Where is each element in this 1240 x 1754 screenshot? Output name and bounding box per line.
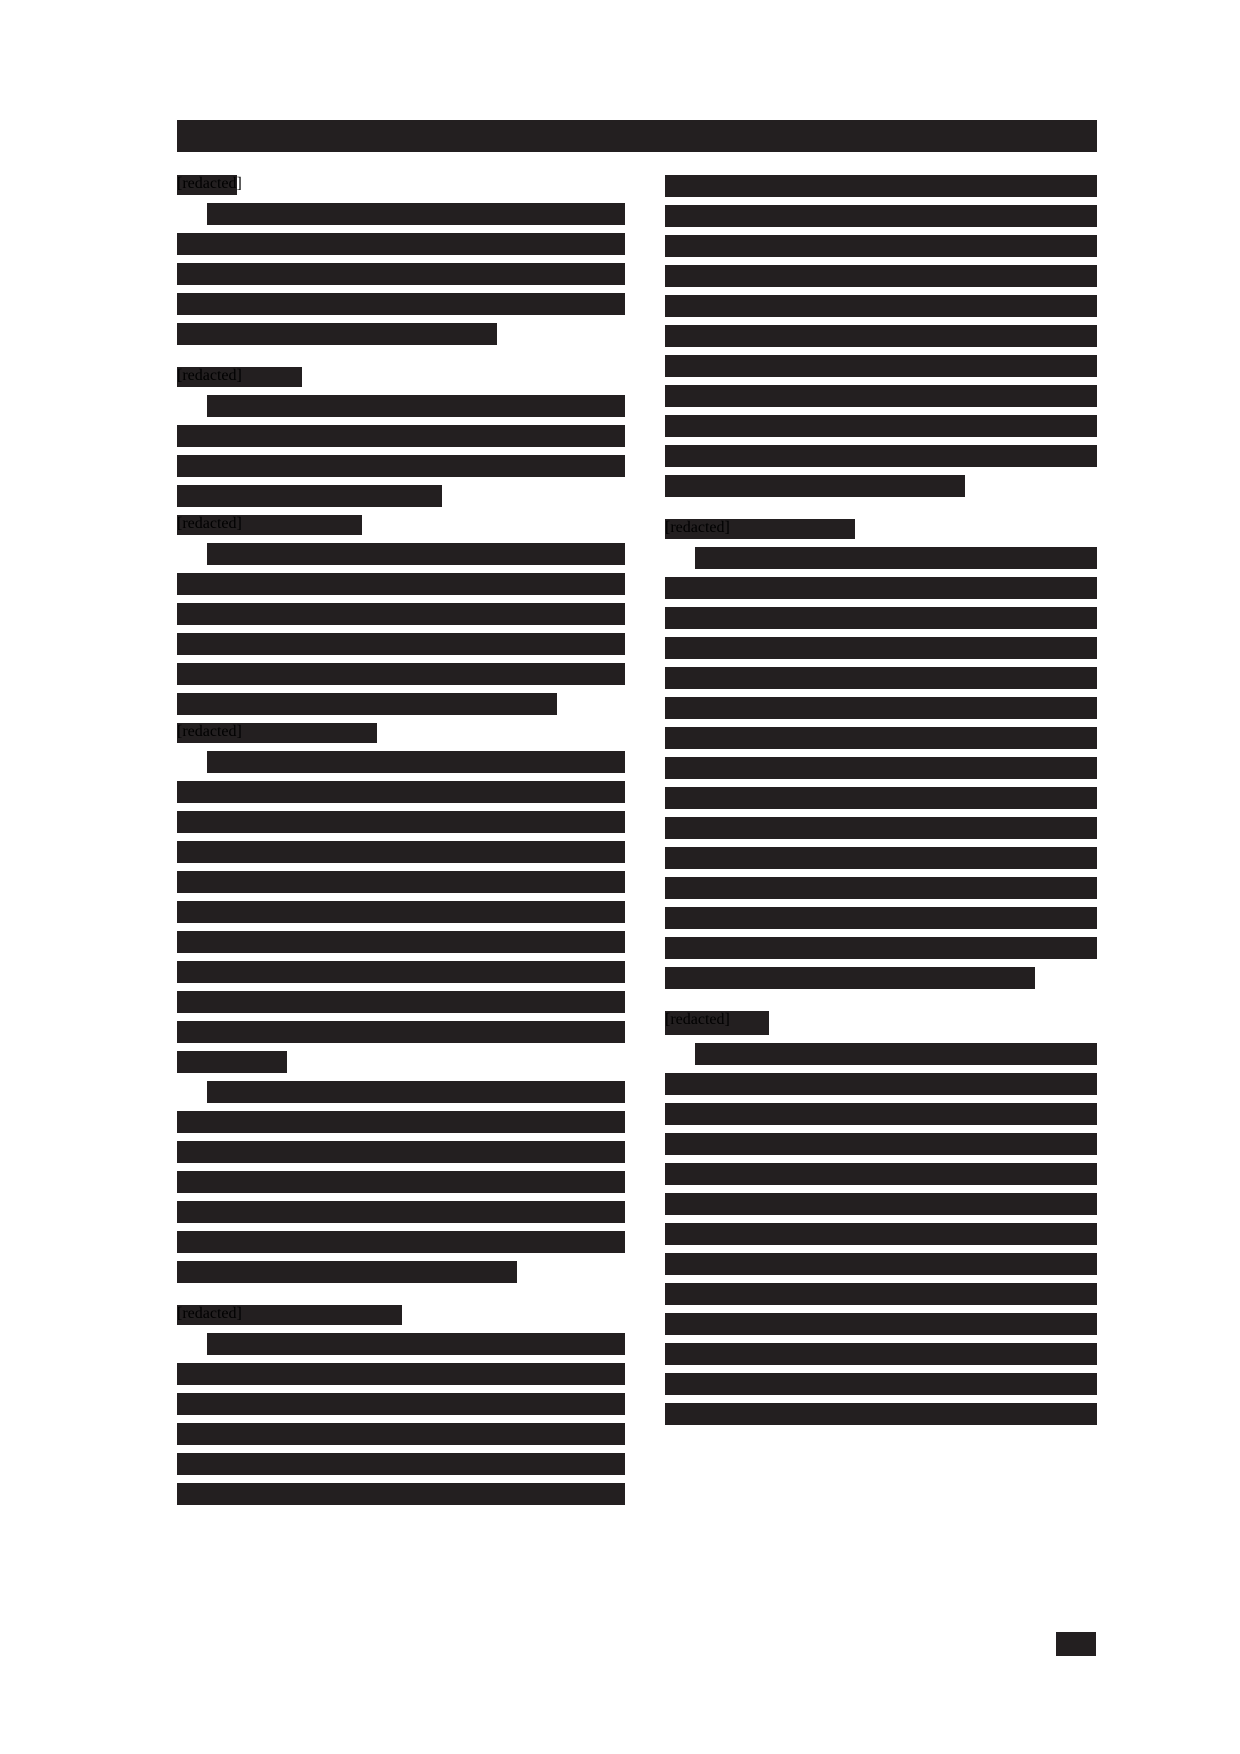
text-line — [207, 395, 625, 417]
text-line — [665, 175, 1097, 197]
text-line — [207, 203, 625, 225]
text-line — [177, 811, 625, 833]
text-line — [665, 607, 1097, 629]
text-line — [207, 543, 625, 565]
text-line — [177, 991, 625, 1013]
text-line — [177, 901, 625, 923]
text-line — [665, 355, 1097, 377]
page-number: [redacted] — [1056, 1632, 1096, 1656]
text-line — [177, 931, 625, 953]
text-line — [665, 907, 1097, 929]
text-line — [207, 1333, 625, 1355]
text-line — [665, 1223, 1097, 1245]
text-line — [177, 961, 625, 983]
text-line — [177, 485, 442, 507]
text-line — [177, 1141, 625, 1163]
text-line — [177, 693, 557, 715]
text-line — [177, 233, 625, 255]
text-line — [665, 1343, 1097, 1365]
text-line — [665, 937, 1097, 959]
text-line — [177, 1051, 287, 1073]
text-line — [177, 1393, 625, 1415]
text-line — [177, 1231, 625, 1253]
text-line — [665, 415, 1097, 437]
text-line — [665, 727, 1097, 749]
section-heading: [redacted] — [665, 1011, 769, 1035]
text-line — [665, 385, 1097, 407]
section-heading: [redacted] — [177, 367, 302, 387]
text-line — [207, 1081, 625, 1103]
text-line — [665, 817, 1097, 839]
text-line — [177, 1261, 517, 1283]
left-column: [redacted] [redacted] [redacted] [redact… — [177, 175, 625, 1513]
text-line — [695, 1043, 1097, 1065]
section-heading: [redacted] — [177, 515, 362, 535]
text-line — [665, 1193, 1097, 1215]
right-column: [redacted] [redacted] — [665, 175, 1097, 1433]
text-line — [177, 841, 625, 863]
text-line — [665, 295, 1097, 317]
text-line — [665, 445, 1097, 467]
text-line — [177, 1111, 625, 1133]
text-line — [177, 871, 625, 893]
text-line — [665, 235, 1097, 257]
text-line — [665, 1253, 1097, 1275]
text-line — [177, 1453, 625, 1475]
text-line — [665, 325, 1097, 347]
text-line — [665, 1163, 1097, 1185]
text-line — [177, 263, 625, 285]
section-heading: [redacted] — [177, 1305, 402, 1325]
text-line — [665, 667, 1097, 689]
text-line — [177, 603, 625, 625]
section-heading: [redacted] — [665, 519, 855, 539]
text-line — [665, 1313, 1097, 1335]
text-line — [665, 757, 1097, 779]
text-line — [177, 1363, 625, 1385]
text-line — [665, 847, 1097, 869]
text-line — [177, 323, 497, 345]
text-line — [665, 1403, 1097, 1425]
text-line — [177, 1483, 625, 1505]
text-line — [695, 547, 1097, 569]
text-line — [665, 637, 1097, 659]
text-line — [665, 967, 1035, 989]
text-line — [665, 265, 1097, 287]
text-line — [177, 573, 625, 595]
text-line — [177, 1171, 625, 1193]
text-line — [177, 663, 625, 685]
text-line — [177, 1423, 625, 1445]
text-line — [177, 293, 625, 315]
text-line — [177, 425, 625, 447]
text-line — [665, 1133, 1097, 1155]
text-line — [177, 781, 625, 803]
text-line — [665, 877, 1097, 899]
text-line — [665, 1283, 1097, 1305]
text-line — [177, 455, 625, 477]
text-line — [177, 1021, 625, 1043]
text-line — [177, 633, 625, 655]
text-line — [177, 1201, 625, 1223]
text-line — [665, 1073, 1097, 1095]
text-line — [665, 787, 1097, 809]
text-line — [207, 751, 625, 773]
section-heading: [redacted] — [177, 175, 237, 195]
section-heading: [redacted] — [177, 723, 377, 743]
text-line — [665, 205, 1097, 227]
text-line — [665, 577, 1097, 599]
text-line — [665, 697, 1097, 719]
text-line — [665, 475, 965, 497]
running-header: [redacted] — [177, 120, 1097, 152]
text-line — [665, 1373, 1097, 1395]
text-line — [665, 1103, 1097, 1125]
